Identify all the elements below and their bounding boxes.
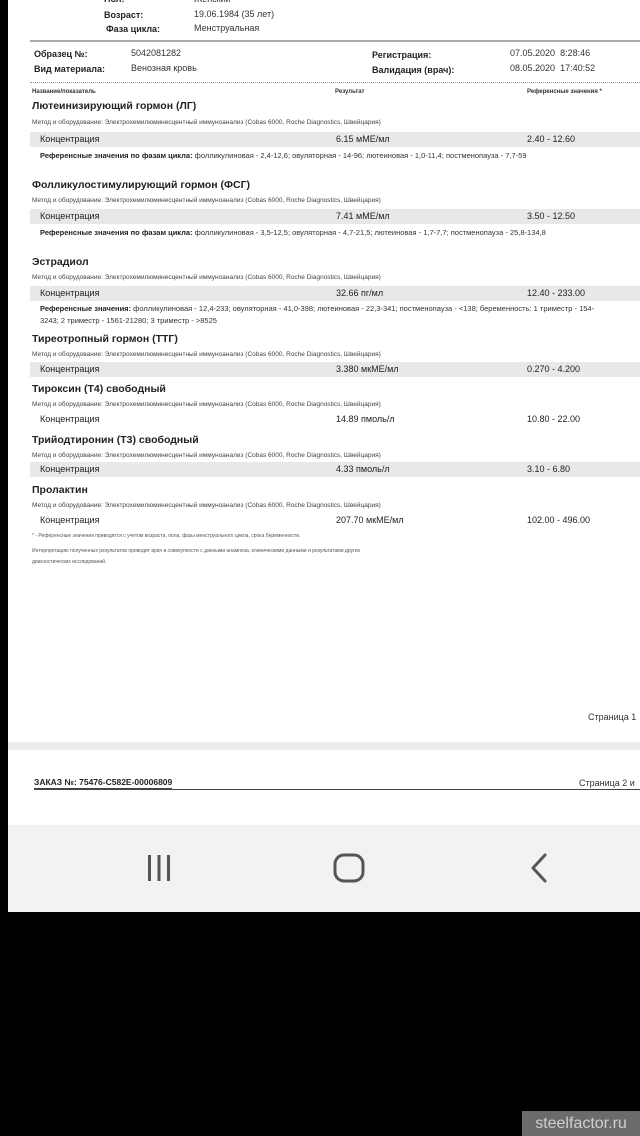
home-button[interactable] [324,845,374,891]
validation-label: Валидация (врач): [372,65,454,75]
page-gap [8,742,640,750]
col-header-result: Результат [335,89,364,95]
param-name: Концентрация [40,464,99,474]
android-nav-bar [8,825,640,912]
result-row-t3: Концентрация 4.33 пмоль/л 3.10 - 6.80 [30,462,640,477]
test-method: Метод и оборудование: Электрохемилюминес… [32,452,381,459]
param-name: Концентрация [40,414,99,424]
registration-label: Регистрация: [372,50,431,60]
reference-range: 3.10 - 6.80 [527,464,570,474]
result-value: 207.70 мкМЕ/мл [336,515,404,525]
result-row-estradiol: Концентрация 32.66 пг/мл 12.40 - 233.00 [30,286,640,301]
test-title-fsh: Фолликулостимулирующий гормон (ФСГ) [32,179,250,191]
recent-apps-icon [144,851,174,885]
test-method: Метод и оборудование: Электрохемилюминес… [32,197,381,204]
result-row-t4: Концентрация 14.89 пмоль/л 10.80 - 22.00 [30,412,640,427]
test-method: Метод и оборудование: Электрохемилюминес… [32,351,381,358]
param-name: Концентрация [40,515,99,525]
age-value: 19.06.1984 (35 лет) [194,9,274,19]
test-title-t3: Трийодтиронин (T3) свободный [32,434,199,446]
param-name: Концентрация [40,134,99,144]
footnote-interpretation: Интерпретацию полученных результатов про… [32,548,360,554]
page-number-1: Страница 1 [588,712,636,722]
test-method: Метод и оборудование: Электрохемилюминес… [32,401,381,408]
watermark: steelfactor.ru [522,1111,640,1136]
col-header-name: Название/показатель [32,89,96,95]
result-value: 7.41 мМЕ/мл [336,211,390,221]
material-value: Венозная кровь [131,63,197,73]
reference-range: 2.40 - 12.60 [527,134,575,144]
sex-value: Женский [194,0,231,4]
sample-number-label: Образец №: [34,49,88,59]
document-viewer: Пол: Женский Возраст: 19.06.1984 (35 лет… [8,0,640,912]
result-row-prolactin: Концентрация 207.70 мкМЕ/мл 102.00 - 496… [30,513,640,528]
phase-value: Менструальная [194,23,259,33]
test-title-lh: Лютеинизирующий гормон (ЛГ) [32,100,196,112]
col-header-reference: Референсные значения * [527,89,602,95]
report-page-2: ЗАКАЗ №: 75476-C582E-00006809 Страница 2… [8,750,640,825]
test-title-t4: Тироксин (T4) свободный [32,383,166,395]
param-name: Концентрация [40,211,99,221]
footnote-interpretation-cont: диагностических исследований. [32,559,106,565]
header-rule [34,789,640,790]
back-icon [525,851,555,885]
test-title-prolactin: Пролактин [32,484,88,496]
home-icon [332,851,366,885]
param-name: Концентрация [40,288,99,298]
result-value: 3.380 мкМЕ/мл [336,364,399,374]
phase-label: Фаза цикла: [106,24,160,34]
reference-note-lh: Референсные значения по фазам цикла: фол… [40,150,600,162]
sample-number-value: 5042081282 [131,48,181,58]
dotted-divider [30,82,640,83]
test-method: Метод и оборудование: Электрохемилюминес… [32,119,381,126]
reference-range: 3.50 - 12.50 [527,211,575,221]
recent-apps-button[interactable] [134,845,184,891]
report-page-1: Пол: Женский Возраст: 19.06.1984 (35 лет… [8,0,640,742]
order-number: ЗАКАЗ №: 75476-C582E-00006809 [34,777,172,789]
result-value: 6.15 мМЕ/мл [336,134,390,144]
reference-range: 10.80 - 22.00 [527,414,580,424]
result-row-tsh: Концентрация 3.380 мкМЕ/мл 0.270 - 4.200 [30,362,640,377]
footnote-asterisk: * - Референсные значения приводятся с уч… [32,533,300,539]
test-title-tsh: Тиреотропный гормон (ТТГ) [32,333,178,345]
reference-range: 12.40 - 233.00 [527,288,585,298]
test-title-estradiol: Эстрадиол [32,256,89,268]
result-row-lh: Концентрация 6.15 мМЕ/мл 2.40 - 12.60 [30,132,640,147]
back-button[interactable] [515,845,565,891]
param-name: Концентрация [40,364,99,374]
reference-note-estradiol: Референсные значения: фолликулиновая - 1… [40,303,600,327]
test-method: Метод и оборудование: Электрохемилюминес… [32,274,381,281]
result-row-fsh: Концентрация 7.41 мМЕ/мл 3.50 - 12.50 [30,209,640,224]
age-label: Возраст: [104,10,143,20]
material-label: Вид материала: [34,64,105,74]
result-value: 4.33 пмоль/л [336,464,390,474]
reference-range: 0.270 - 4.200 [527,364,580,374]
registration-datetime: 07.05.2020 8:28:46 [510,48,590,58]
sex-label: Пол: [104,0,124,4]
reference-note-fsh: Референсные значения по фазам цикла: фол… [40,227,600,239]
divider [30,40,640,42]
result-value: 14.89 пмоль/л [336,414,395,424]
test-method: Метод и оборудование: Электрохемилюминес… [32,502,381,509]
page-number-2: Страница 2 и [579,778,635,788]
result-value: 32.66 пг/мл [336,288,383,298]
reference-range: 102.00 - 496.00 [527,515,590,525]
validation-datetime: 08.05.2020 17:40:52 [510,63,595,73]
